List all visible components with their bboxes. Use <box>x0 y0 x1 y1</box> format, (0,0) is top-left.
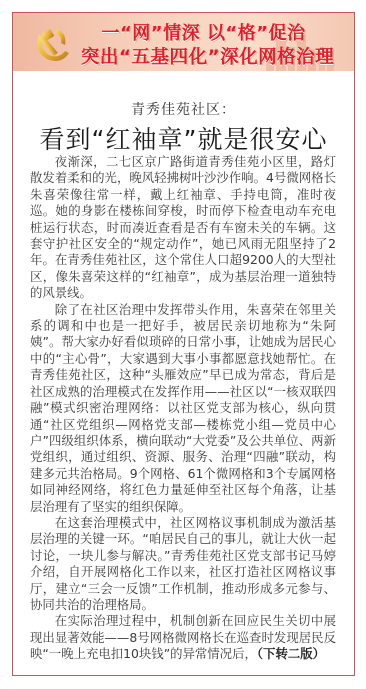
article-frame: 一“网”情深 以“格”促治 突出“五基四化”深化网格治理 青秀佳苑社区： 看到“… <box>12 12 355 676</box>
banner-line-1: 一“网”情深 以“格”促治 <box>13 19 354 45</box>
paragraph-3: 在这套治理模式中，社区网格议事机制成为激活基层治理的关键一环。“咱居民自己的事儿… <box>30 515 336 613</box>
paragraph-4: 在实际治理过程中，机制创新在回应民生关切中展现出显著效能——8号网格微网格长在巡… <box>30 613 336 662</box>
paragraph-1: 夜渐深，二七区京广路街道青秀佳苑小区里，路灯散发着柔和的光，晚风轻拂树叶沙沙作响… <box>30 154 336 302</box>
article-subtitle: 青秀佳苑社区： <box>13 99 354 119</box>
banner-line-2: 突出“五基四化”深化网格治理 <box>13 43 354 69</box>
article-body: 夜渐深，二七区京广路街道青秀佳苑小区里，路灯散发着柔和的光，晚风轻拂树叶沙沙作响… <box>30 154 336 663</box>
column-banner: 一“网”情深 以“格”促治 突出“五基四化”深化网格治理 <box>13 13 354 71</box>
continuation-link[interactable]: （下转二版） <box>257 646 325 661</box>
article-headline: 看到“红袖章”就是很安心 <box>13 120 354 156</box>
paragraph-2: 除了在社区治理中发挥带头作用，朱喜荣在邻里关系的调和中也是一把好手，被居民亲切地… <box>30 302 336 515</box>
